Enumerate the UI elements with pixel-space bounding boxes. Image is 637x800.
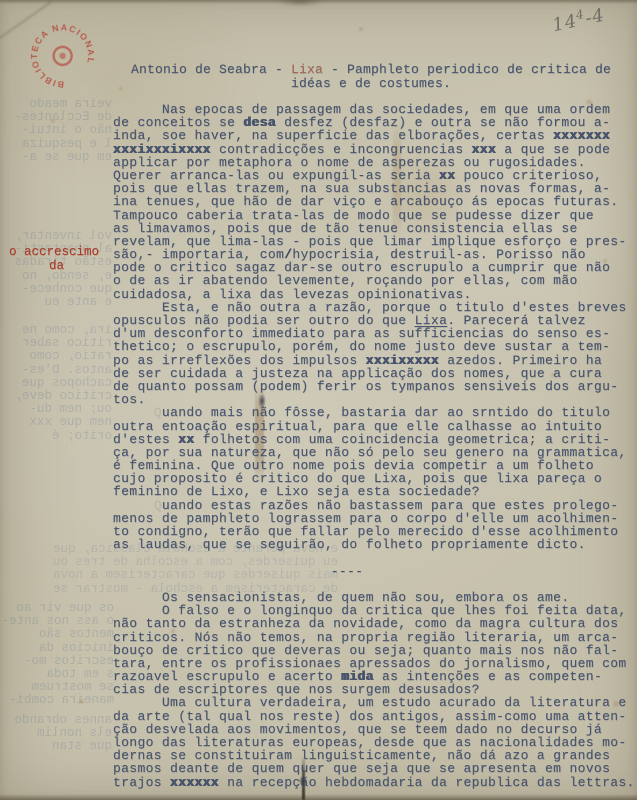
typed-line: xxxixxxixxxx contradicções e incongruenc… [113,143,633,156]
typed-line: não tanto da estranheza da novidade, com… [113,617,633,630]
torn-edge [276,0,324,6]
typed-line: d'estes xx folhetos com uma coincidencia… [113,433,633,446]
foxing-spot [358,26,364,32]
typed-line: o de as ir abatendo levemente, roçando p… [113,274,633,287]
typed-body: Nas epocas de passagem das sociedades, e… [113,103,633,789]
margin-note: o accrescimo da [9,246,99,273]
paragraph [113,551,633,564]
title-line: idéas e de costumes. [113,77,629,91]
ghost-block: os que vir aoo ass nos ante-mentos sãoin… [4,602,114,708]
ghost-block: veira meadode Ecclantes-não o intui-l e … [12,98,112,164]
typed-line: bouço de critico que deveras ou seja; qu… [113,644,633,657]
page-title: Antonio de Seabra - Lixa - Pamphleto per… [113,63,629,90]
ghost-block: annes obrandoels nonlimque stan [4,714,112,754]
typed-line: ina tenues, que hão de dar viço e arcabo… [113,195,633,208]
section-divider: ---- [113,565,633,578]
typed-line [113,578,633,591]
typed-line: de quanto possam (podem) ferir os tympan… [113,380,633,393]
paragraph [113,578,633,591]
typed-line: po as irreflexões dos impulsos xxxixxxxx… [113,354,633,367]
paragraph: Esta, e não outra a razão, porque o titu… [113,301,633,407]
paragraph: Nas epocas de passagem das sociedades, e… [113,103,633,301]
margin-note-line: o accrescimo [9,246,99,260]
page-edge [0,0,637,4]
pencil-number-suffix: -4 [583,5,606,30]
typed-line: de ser cuidada a justeza na applicação d… [113,367,633,380]
title-line: Antonio de Seabra - Lixa - Pamphleto per… [113,63,629,77]
paragraph: Uma cultura verdadeira, um estudo acurad… [113,696,633,788]
typed-line: Tampouco caberia trata-las de modo que s… [113,209,633,222]
typed-line: Quando mais não fôsse, bastaria dar ao s… [113,406,633,419]
paragraph: Quando mais não fôsse, bastaria dar ao s… [113,406,633,498]
typed-line [113,551,633,564]
typed-line: cuidadosa, a lixa das levezas opinionati… [113,288,633,301]
biblioteca-nacional-stamp-icon: BIBLIOTECA NACIONAL [14,6,110,102]
page-edge [0,794,637,800]
ghost-block: ira, como neritico saberratio, comoantos… [4,324,112,443]
paragraph: O falso e o longinquo da critica que lhe… [113,604,633,696]
typed-line: as laudas, que se seguirão, do folheto p… [113,538,633,551]
typed-line: ---- [87,565,607,578]
typed-line: as limavamos, pois que de tão tenue cons… [113,222,633,235]
typed-line: da arte (tal qual nos reste) dos antigos… [113,710,633,723]
document-page: veira meadode Ecclantes-não o intui-l e … [0,0,637,800]
margin-note-line: da [9,260,99,274]
typed-line: Quando estas razões não bastassem para q… [113,499,633,512]
typed-line: trajos xxxxxx na recepção hebdomadaria d… [113,776,633,789]
paragraph: Quando estas razões não bastassem para q… [113,499,633,552]
stamp-emblem-dot [59,52,67,60]
pencil-number: 144-4 [550,3,607,37]
typed-line: Uma cultura verdadeira, um estudo acurad… [113,696,633,709]
typed-line: criticos. Nós não temos, na propria regi… [113,631,633,644]
